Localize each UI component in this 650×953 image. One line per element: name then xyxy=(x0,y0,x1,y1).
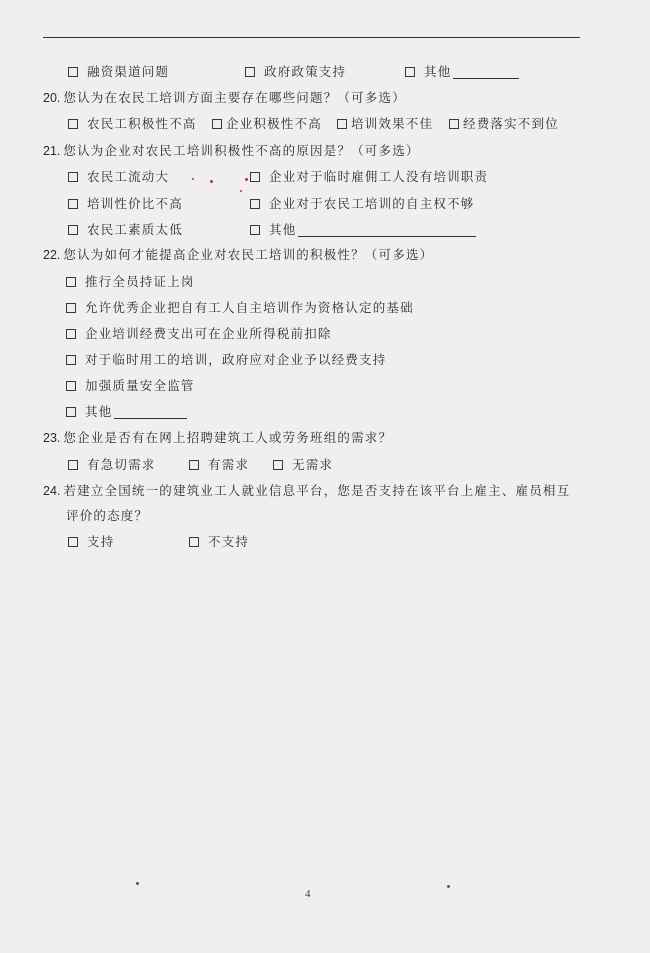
checkbox-icon[interactable] xyxy=(66,303,76,313)
questionnaire-page: 融资渠道问题 政府政策支持 其他 20.您认为在农民工培训方面主要存在哪些问题？… xyxy=(0,0,650,953)
question-number: 20. xyxy=(43,91,60,105)
question-text: 您认为如何才能提高企业对农民工培训的积极性？（可多选） xyxy=(63,247,433,262)
q21-option-2[interactable]: 企业对于临时雇佣工人没有培训职责 xyxy=(250,169,488,185)
checkbox-icon[interactable] xyxy=(66,407,76,417)
option-label: 农民工素质太低 xyxy=(87,222,183,238)
question-20: 20.您认为在农民工培训方面主要存在哪些问题？（可多选） xyxy=(43,90,406,106)
top-divider xyxy=(43,37,580,38)
option-label: 企业培训经费支出可在企业所得税前扣除 xyxy=(85,326,332,342)
checkbox-icon[interactable] xyxy=(212,119,222,129)
q23-option-3[interactable]: 无需求 xyxy=(273,457,333,473)
checkbox-icon[interactable] xyxy=(273,460,283,470)
question-number: 22. xyxy=(43,248,60,262)
option-label: 支持 xyxy=(87,534,114,550)
option-label: 不支持 xyxy=(208,534,249,550)
page-number: 4 xyxy=(305,888,311,900)
checkbox-icon[interactable] xyxy=(68,172,78,182)
option-label: 政府政策支持 xyxy=(264,64,346,80)
q21-option-4[interactable]: 企业对于农民工培训的自主权不够 xyxy=(250,196,475,212)
q20-option-2[interactable]: 企业积极性不高 xyxy=(212,116,322,132)
question-text: 您认为在农民工培训方面主要存在哪些问题？（可多选） xyxy=(63,90,406,105)
checkbox-icon[interactable] xyxy=(68,537,78,547)
checkbox-icon[interactable] xyxy=(189,460,199,470)
other-fill-blank[interactable] xyxy=(453,66,519,79)
other-fill-blank[interactable] xyxy=(298,224,476,237)
option-label: 有急切需求 xyxy=(87,457,156,473)
q22-option-5[interactable]: 加强质量安全监管 xyxy=(66,378,195,394)
scan-speck xyxy=(447,885,450,888)
q21-option-5[interactable]: 农民工素质太低 xyxy=(68,222,183,238)
q19-option-policy[interactable]: 政府政策支持 xyxy=(245,64,346,80)
option-label: 允许优秀企业把自有工人自主培训作为资格认定的基础 xyxy=(85,300,414,316)
checkbox-icon[interactable] xyxy=(250,225,260,235)
question-22: 22.您认为如何才能提高企业对农民工培训的积极性？（可多选） xyxy=(43,247,433,263)
q23-option-2[interactable]: 有需求 xyxy=(189,457,249,473)
option-label: 农民工流动大 xyxy=(87,169,169,185)
checkbox-icon[interactable] xyxy=(68,225,78,235)
q19-option-financing[interactable]: 融资渠道问题 xyxy=(68,64,169,80)
checkbox-icon[interactable] xyxy=(189,537,199,547)
checkbox-icon[interactable] xyxy=(66,329,76,339)
checkbox-icon[interactable] xyxy=(245,67,255,77)
q22-option-2[interactable]: 允许优秀企业把自有工人自主培训作为资格认定的基础 xyxy=(66,300,414,316)
checkbox-icon[interactable] xyxy=(405,67,415,77)
ink-mark xyxy=(210,180,213,183)
option-label: 其他 xyxy=(269,222,296,238)
option-label: 企业对于临时雇佣工人没有培训职责 xyxy=(269,169,488,185)
question-text: 您企业是否有在网上招聘建筑工人或劳务班组的需求？ xyxy=(63,430,392,445)
option-label: 企业积极性不高 xyxy=(226,116,322,132)
checkbox-icon[interactable] xyxy=(68,199,78,209)
question-text-line2: 评价的态度？ xyxy=(66,508,148,523)
question-text: 您认为企业对农民工培训积极性不高的原因是？（可多选） xyxy=(63,143,419,158)
q23-option-1[interactable]: 有急切需求 xyxy=(68,457,156,473)
question-number: 24. xyxy=(43,484,60,498)
option-label: 培训效果不佳 xyxy=(351,116,433,132)
checkbox-icon[interactable] xyxy=(250,199,260,209)
question-23: 23.您企业是否有在网上招聘建筑工人或劳务班组的需求？ xyxy=(43,430,392,446)
q21-option-3[interactable]: 培训性价比不高 xyxy=(68,196,183,212)
question-24-continued: 评价的态度？ xyxy=(66,508,148,524)
question-text-line1: 若建立全国统一的建筑业工人就业信息平台，您是否支持在该平台上雇主、雇员相互 xyxy=(63,483,570,498)
option-label: 其他 xyxy=(85,404,112,420)
q19-option-other[interactable]: 其他 xyxy=(405,64,519,80)
q22-option-4[interactable]: 对于临时用工的培训，政府应对企业予以经费支持 xyxy=(66,352,386,368)
q22-option-3[interactable]: 企业培训经费支出可在企业所得税前扣除 xyxy=(66,326,332,342)
ink-mark xyxy=(245,178,248,181)
checkbox-icon[interactable] xyxy=(449,119,459,129)
option-label: 推行全员持证上岗 xyxy=(85,274,195,290)
q21-option-other[interactable]: 其他 xyxy=(250,222,476,238)
option-label: 培训性价比不高 xyxy=(87,196,183,212)
ink-mark xyxy=(240,190,242,192)
option-label: 农民工积极性不高 xyxy=(87,116,197,132)
q22-option-1[interactable]: 推行全员持证上岗 xyxy=(66,274,195,290)
q20-option-1[interactable]: 农民工积极性不高 xyxy=(68,116,197,132)
question-24: 24.若建立全国统一的建筑业工人就业信息平台，您是否支持在该平台上雇主、雇员相互 xyxy=(43,483,570,499)
option-label: 有需求 xyxy=(208,457,249,473)
scan-speck xyxy=(136,882,139,885)
option-label: 对于临时用工的培训，政府应对企业予以经费支持 xyxy=(85,352,386,368)
q20-option-3[interactable]: 培训效果不佳 xyxy=(337,116,433,132)
q22-option-other[interactable]: 其他 xyxy=(66,404,187,420)
option-label: 企业对于农民工培训的自主权不够 xyxy=(269,196,475,212)
question-number: 21. xyxy=(43,144,60,158)
question-number: 23. xyxy=(43,431,60,445)
option-label: 经费落实不到位 xyxy=(463,116,559,132)
checkbox-icon[interactable] xyxy=(66,381,76,391)
checkbox-icon[interactable] xyxy=(337,119,347,129)
option-label: 其他 xyxy=(424,64,451,80)
option-label: 加强质量安全监管 xyxy=(85,378,195,394)
q24-option-support[interactable]: 支持 xyxy=(68,534,114,550)
checkbox-icon[interactable] xyxy=(68,119,78,129)
checkbox-icon[interactable] xyxy=(250,172,260,182)
checkbox-icon[interactable] xyxy=(66,277,76,287)
ink-mark xyxy=(192,178,194,180)
q24-option-not-support[interactable]: 不支持 xyxy=(189,534,249,550)
q21-option-1[interactable]: 农民工流动大 xyxy=(68,169,169,185)
checkbox-icon[interactable] xyxy=(66,355,76,365)
option-label: 融资渠道问题 xyxy=(87,64,169,80)
q20-option-4[interactable]: 经费落实不到位 xyxy=(449,116,559,132)
other-fill-blank[interactable] xyxy=(114,406,187,419)
checkbox-icon[interactable] xyxy=(68,67,78,77)
question-21: 21.您认为企业对农民工培训积极性不高的原因是？（可多选） xyxy=(43,143,420,159)
option-label: 无需求 xyxy=(292,457,333,473)
checkbox-icon[interactable] xyxy=(68,460,78,470)
